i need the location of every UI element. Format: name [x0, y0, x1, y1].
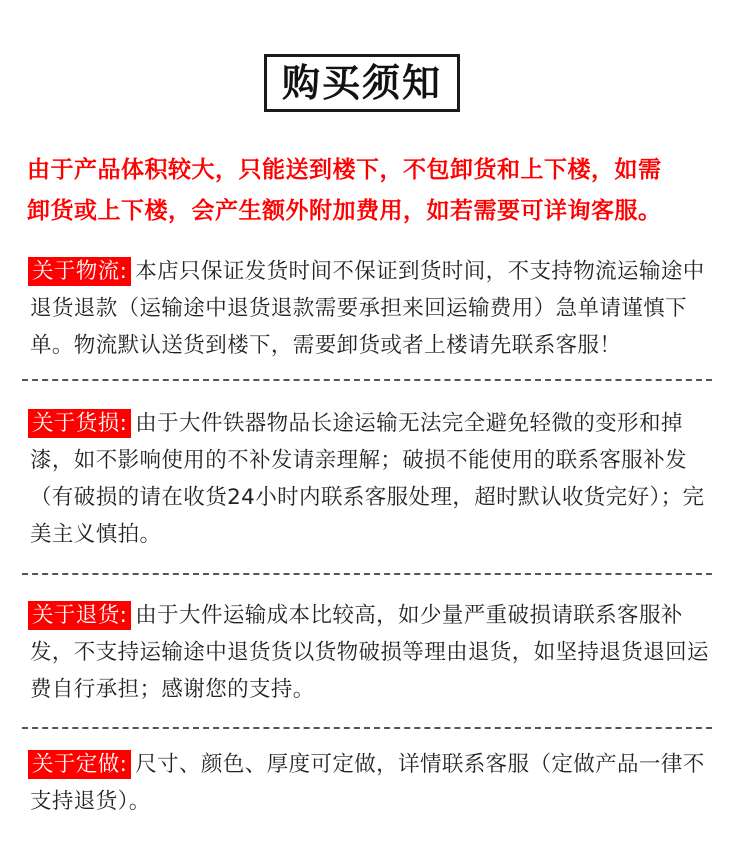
section-text-returns: 由于大件运输成本比较高，如少量严重破损请联系客服补发，不支持运输途中退货货以货物…: [30, 603, 709, 702]
section-label-custom: 关于定做:: [28, 750, 131, 779]
notice-line: 卸货或上下楼，会产生额外附加费用，如若需要可详询客服。: [27, 191, 727, 232]
section-label-damage: 关于货损:: [28, 409, 131, 438]
section-text-logistics: 本店只保证发货时间不保证到货时间，不支持物流运输途中退货退款（运输途中退货退款需…: [30, 259, 705, 358]
page-title: 购买须知: [282, 64, 442, 102]
dashed-divider: [22, 379, 712, 381]
section-text-custom: 尺寸、颜色、厚度可定做，详情联系客服（定做产品一律不支持退货）。: [30, 752, 705, 814]
page-title-box: 购买须知: [264, 54, 460, 112]
section-logistics: 关于物流:本店只保证发货时间不保证到货时间，不支持物流运输途中退货退款（运输途中…: [30, 253, 720, 364]
section-returns: 关于退货:由于大件运输成本比较高，如少量严重破损请联系客服补发，不支持运输途中退…: [30, 597, 720, 708]
section-text-damage: 由于大件铁器物品长途运输无法完全避免轻微的变形和掉漆，如不影响使用的不补发请亲理…: [30, 411, 704, 547]
section-label-logistics: 关于物流:: [28, 257, 131, 286]
notice-line: 由于产品体积较大，只能送到楼下，不包卸货和上下楼，如需: [27, 150, 727, 191]
dashed-divider: [22, 727, 712, 729]
section-label-returns: 关于退货:: [28, 601, 131, 630]
section-custom: 关于定做:尺寸、颜色、厚度可定做，详情联系客服（定做产品一律不支持退货）。: [30, 746, 720, 820]
dashed-divider: [22, 573, 712, 575]
section-damage: 关于货损:由于大件铁器物品长途运输无法完全避免轻微的变形和掉漆，如不影响使用的不…: [30, 405, 720, 553]
shipping-notice: 由于产品体积较大，只能送到楼下，不包卸货和上下楼，如需 卸货或上下楼，会产生额外…: [27, 150, 727, 232]
